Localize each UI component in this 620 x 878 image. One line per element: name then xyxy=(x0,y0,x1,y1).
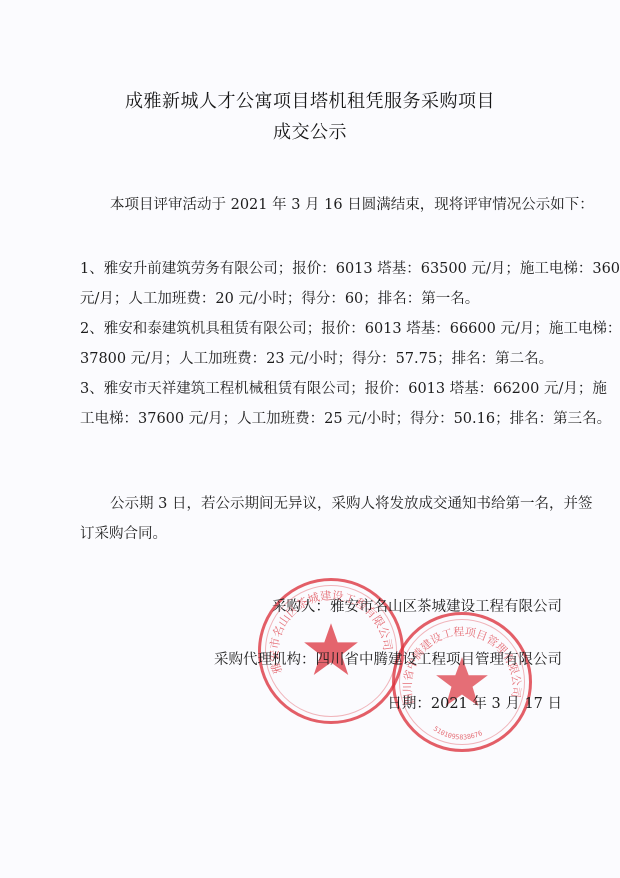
signature-date: 日期：2021 年 3 月 17 日 xyxy=(387,692,562,713)
document-title: 成雅新城人才公寓项目塔机租凭服务采购项目 xyxy=(0,87,620,113)
result-2-line-2: 37800 元/月；人工加班费：23 元/小时；得分：57.75；排名：第二名。 xyxy=(80,347,553,368)
intro-paragraph: 本项目评审活动于 2021 年 3 月 16 日圆满结束，现将评审情况公示如下： xyxy=(110,193,594,214)
agency-seal: 四川省中腾建设工程项目管理有限公司 5101095838676 xyxy=(392,612,532,752)
result-1-line-1: 1、雅安升前建筑劳务有限公司；报价：6013 塔基：63500 元/月；施工电梯… xyxy=(80,257,620,278)
result-3-line-1: 3、雅安市天祥建筑工程机械租赁有限公司；报价：6013 塔基：66200 元/月… xyxy=(80,377,607,398)
seal-star-icon: 四川省中腾建设工程项目管理有限公司 5101095838676 xyxy=(395,615,529,749)
notice-line-1: 公示期 3 日，若公示期间无异议，采购人将发放成交通知书给第一名，并签 xyxy=(110,492,592,513)
svg-text:5101095838676: 5101095838676 xyxy=(432,725,484,742)
result-3-line-2: 工电梯：37600 元/月；人工加班费：25 元/小时；得分：50.16；排名：… xyxy=(80,407,611,428)
notice-line-2: 订采购合同。 xyxy=(80,522,167,543)
purchaser-signature: 采购人：雅安市名山区茶城建设工程有限公司 xyxy=(272,595,562,616)
result-2-line-1: 2、雅安和泰建筑机具租赁有限公司；报价：6013 塔基：66600 元/月；施工… xyxy=(80,317,620,338)
agency-signature: 采购代理机构：四川省中腾建设工程项目管理有限公司 xyxy=(214,648,562,669)
document-subtitle: 成交公示 xyxy=(0,118,620,144)
document-page: 成雅新城人才公寓项目塔机租凭服务采购项目 成交公示 本项目评审活动于 2021 … xyxy=(0,0,620,878)
result-1-line-2: 元/月；人工加班费：20 元/小时；得分：60；排名：第一名。 xyxy=(80,287,479,308)
